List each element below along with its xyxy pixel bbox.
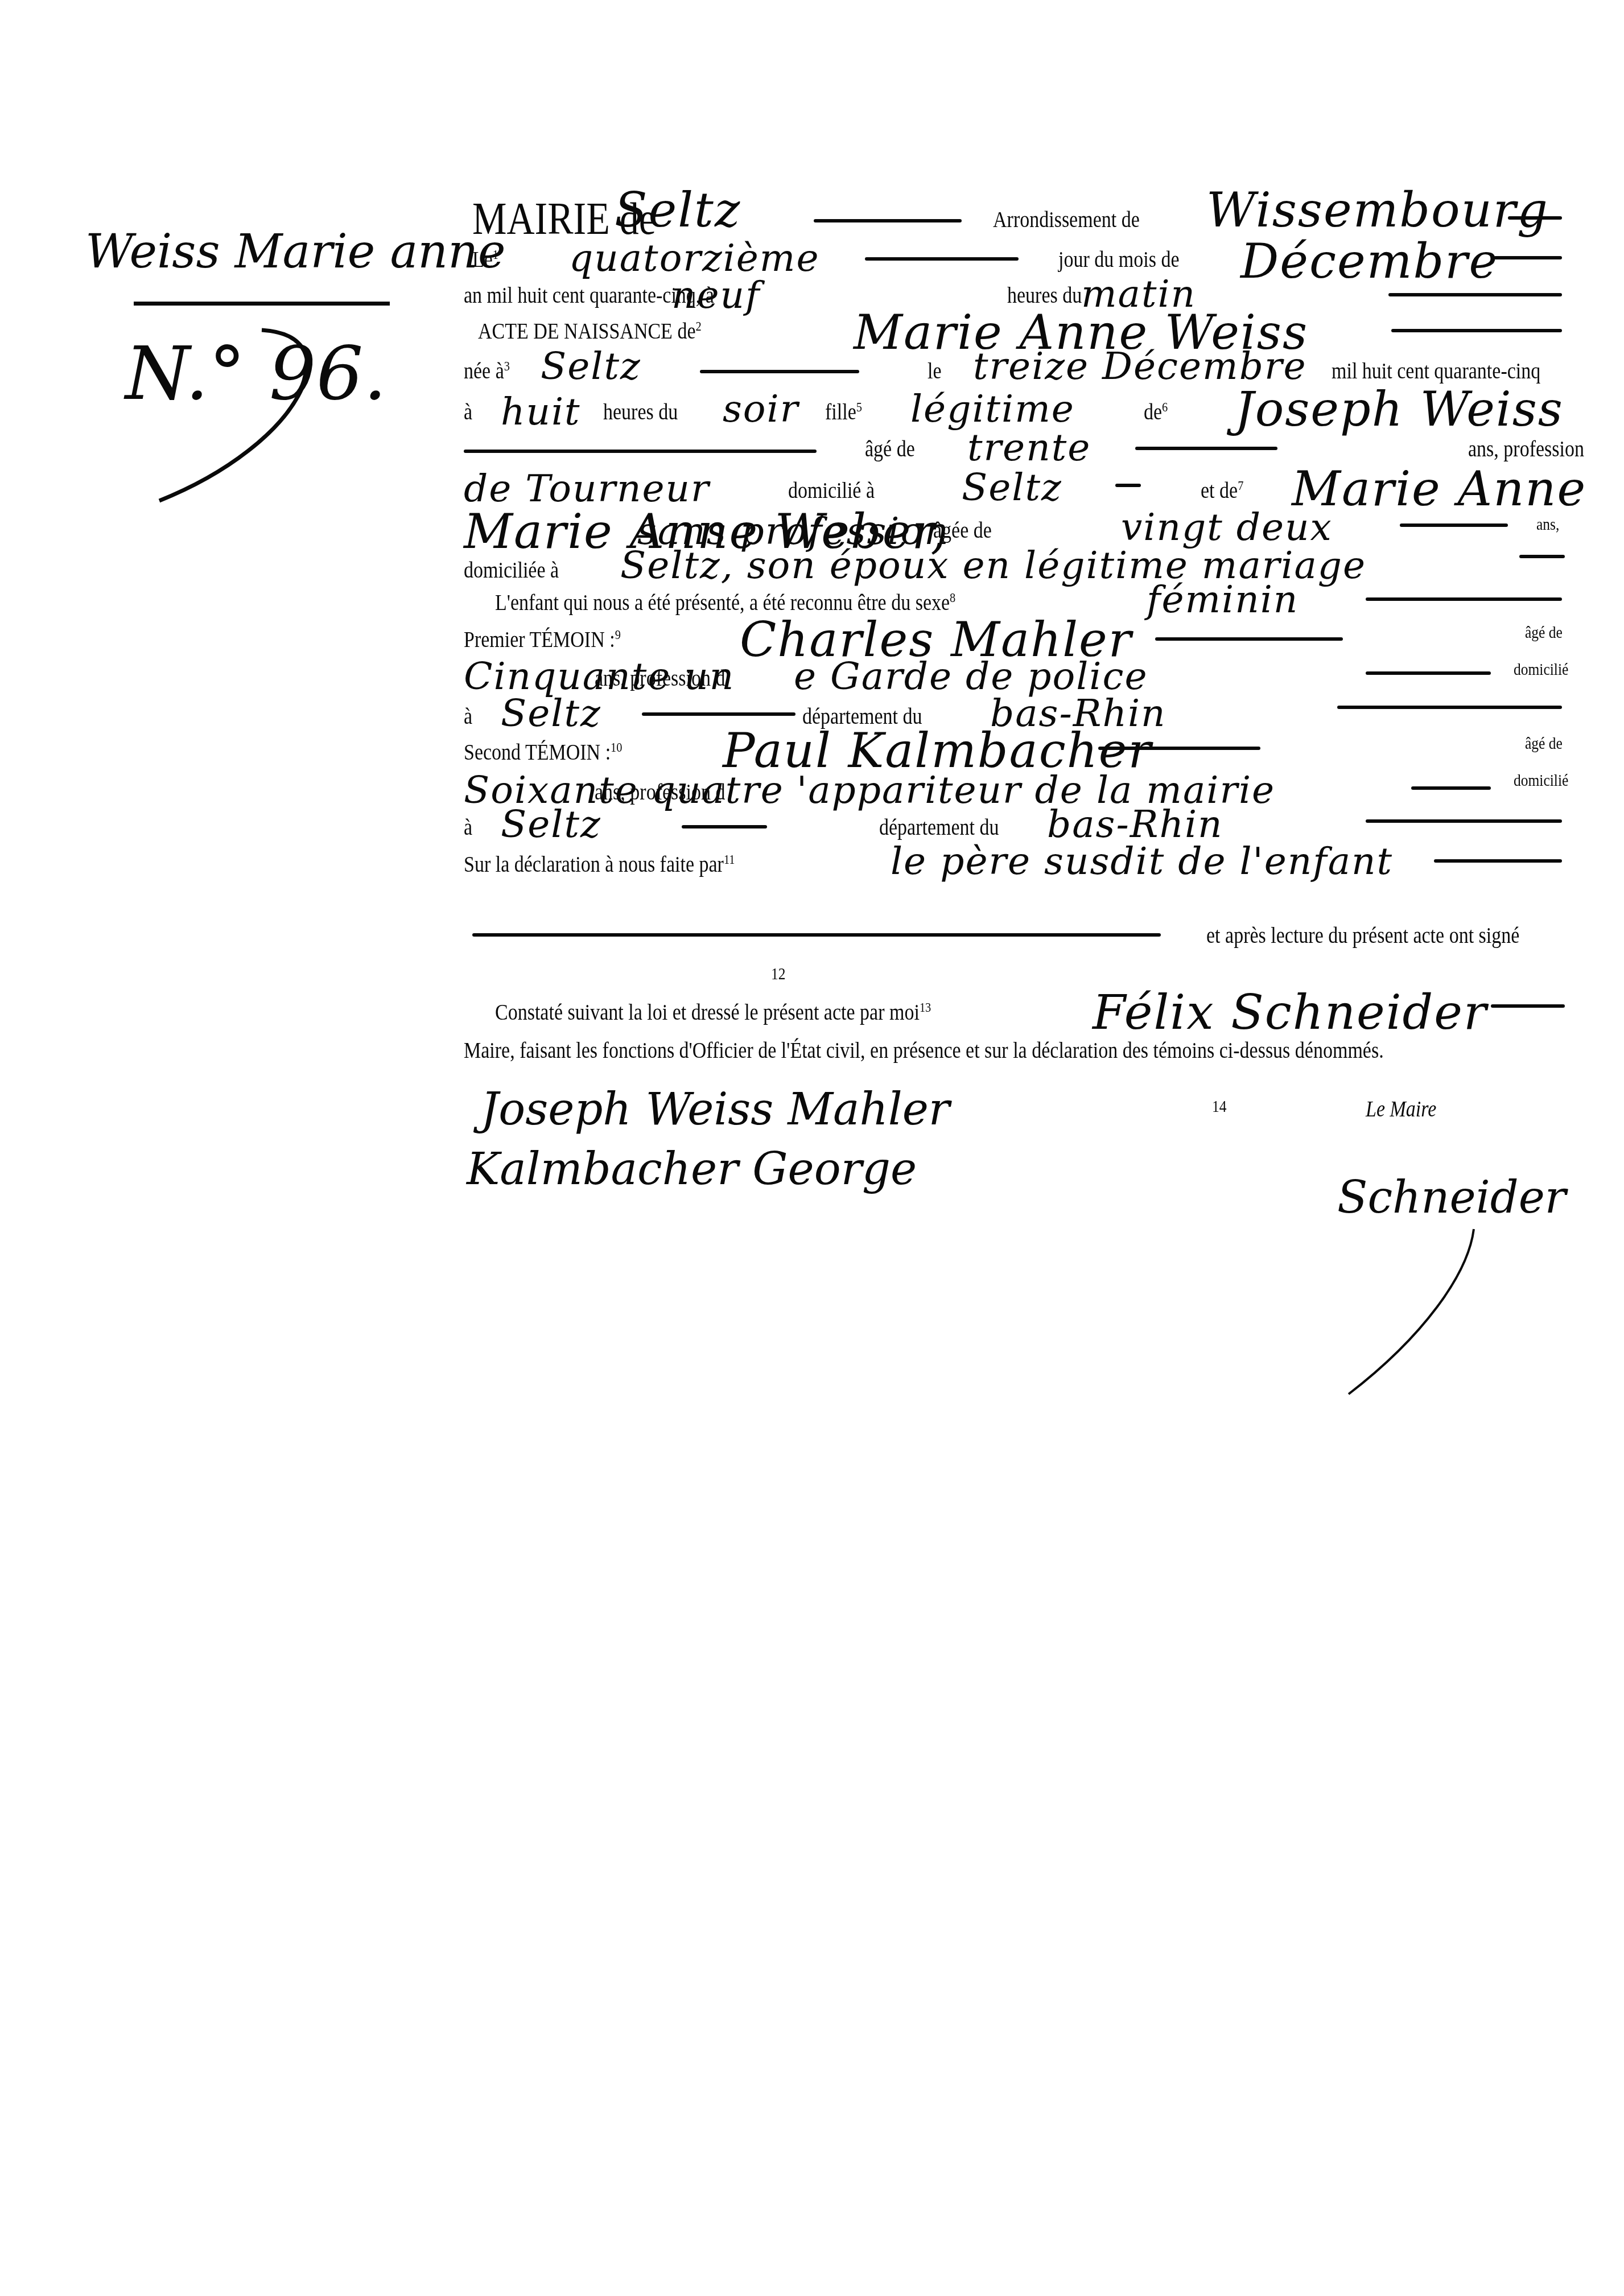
- month-label: jour du mois de: [1058, 246, 1179, 273]
- footnote-14: 14: [1212, 1097, 1227, 1116]
- a-label: à: [464, 398, 472, 425]
- born-hour: huit: [501, 390, 581, 434]
- act-title-label: ACTE DE NAISSANCE de2: [478, 318, 702, 344]
- fill-line: [1366, 671, 1491, 675]
- fill-line: [1391, 329, 1562, 332]
- father-label: de6: [1144, 398, 1168, 425]
- born-place: Seltz: [541, 344, 641, 388]
- fill-line: [1155, 637, 1343, 641]
- footnote-12: 12: [771, 964, 786, 984]
- month-value: Décembre: [1240, 233, 1498, 289]
- act-title-text: ACTE DE NAISSANCE de: [478, 318, 695, 344]
- footnote-ref: 3: [504, 359, 510, 374]
- fill-line: [1400, 523, 1508, 527]
- margin-divider: [134, 302, 390, 306]
- witness1-profession-label: ans, profession d: [595, 665, 725, 691]
- signature-maire: Schneider: [1337, 1172, 1566, 1223]
- fill-line: [814, 219, 962, 222]
- mother-text: et de: [1201, 477, 1238, 503]
- le-maire-label: Le Maire: [1366, 1095, 1436, 1122]
- fill-line: [1388, 293, 1562, 296]
- footnote-ref: 1: [493, 248, 498, 262]
- mother-age-label: âgée de: [933, 517, 992, 543]
- footnote-ref: 7: [1238, 479, 1243, 493]
- le-date-label: le: [928, 357, 942, 384]
- le-text: Le: [472, 246, 493, 272]
- arrondissement-label: Arrondissement de: [993, 206, 1140, 233]
- footnote-ref: 11: [724, 852, 735, 867]
- mother-age-suffix: ans,: [1536, 515, 1559, 534]
- mairie-value: Seltz: [615, 182, 741, 238]
- after-reading-label: et après lecture du présent acte ont sig…: [1206, 922, 1519, 949]
- witness1-age-label: âgé de: [1525, 623, 1563, 642]
- declarant: le père susdit de l'enfant: [891, 839, 1393, 883]
- fill-line: [642, 712, 795, 716]
- mother-label: et de7: [1201, 477, 1243, 504]
- margin-name: Weiss Marie anne: [85, 225, 505, 279]
- footnote-ref: 13: [920, 1000, 931, 1015]
- witness1-domicile-label: domicilié: [1514, 660, 1568, 679]
- witness2-profession-label: ans, profession d: [595, 778, 725, 805]
- footnote-ref: 8: [950, 591, 955, 605]
- fill-line: [1098, 747, 1260, 750]
- officer-name: Félix Schneider: [1093, 984, 1487, 1040]
- legitimacy-value: légitime: [910, 387, 1075, 431]
- father-domicile-label: domicilié à: [788, 477, 875, 504]
- arrondissement-value: Wissembourg: [1206, 182, 1549, 238]
- fille-label: fille5: [825, 398, 862, 425]
- hour-value: neuf: [671, 273, 761, 317]
- constat-label: Constaté suivant la loi et dressé le pré…: [495, 999, 931, 1025]
- born-label: née à3: [464, 357, 510, 384]
- born-period: soir: [723, 387, 799, 431]
- le-label: Le1: [472, 246, 498, 273]
- fill-line: [1366, 819, 1562, 823]
- fill-line: [1135, 447, 1277, 450]
- fill-line: [464, 450, 817, 453]
- born-text: née à: [464, 358, 504, 384]
- fille-text: fille: [825, 399, 856, 424]
- footnote-ref: 10: [611, 740, 622, 755]
- mother-name-part1: Marie Anne: [1292, 461, 1586, 517]
- act-number-swash: [114, 319, 353, 512]
- maire-statement: Maire, faisant les fonctions d'Officier …: [464, 1037, 1384, 1064]
- witness2-text: Second TÉMOIN :: [464, 739, 611, 765]
- fill-line: [1337, 706, 1562, 709]
- born-hour-label: heures du: [603, 398, 678, 425]
- father-profession-label: ans, profession: [1468, 435, 1584, 462]
- fill-line: [1519, 555, 1565, 558]
- fill-line: [1508, 216, 1562, 220]
- mother-domicile-label: domiciliée à: [464, 557, 559, 583]
- witness1-a-label: à: [464, 703, 472, 729]
- fill-line: [1434, 859, 1562, 863]
- footnote-ref: 5: [856, 400, 862, 415]
- witness2-age-label: âgé de: [1525, 734, 1563, 753]
- signature-father-witness1: Joseph Weiss Mahler: [481, 1084, 950, 1135]
- witness2-domicile: Seltz: [501, 802, 601, 846]
- declaration-label: Sur la déclaration à nous faite par11: [464, 851, 735, 877]
- witness2-a-label: à: [464, 814, 472, 840]
- footnote-ref: 9: [615, 628, 621, 642]
- sex-value: féminin: [1147, 578, 1299, 621]
- witness1-text: Premier TÉMOIN :: [464, 626, 615, 652]
- fill-line: [1491, 1004, 1565, 1008]
- father-name: Joseph Weiss: [1235, 381, 1564, 437]
- mother-age: vingt deux: [1121, 505, 1333, 549]
- fill-line: [1366, 597, 1562, 601]
- constat-text: Constaté suivant la loi et dressé le pré…: [495, 999, 920, 1025]
- witness2-label: Second TÉMOIN :10: [464, 739, 623, 765]
- fill-line: [1411, 786, 1491, 790]
- witness1-label: Premier TÉMOIN :9: [464, 626, 621, 653]
- maire-signature-flourish: [1337, 1223, 1508, 1405]
- father-age: trente: [967, 426, 1091, 469]
- fill-line: [1494, 256, 1562, 259]
- footnote-ref: 6: [1162, 400, 1168, 415]
- fill-line: [1115, 484, 1141, 487]
- fill-line: [865, 257, 1019, 261]
- declaration-text: Sur la déclaration à nous faite par: [464, 851, 724, 877]
- fill-line: [682, 825, 767, 828]
- fill-line: [700, 370, 859, 373]
- father-domicile: Seltz: [962, 465, 1062, 509]
- witness2-dept-label: département du: [879, 814, 999, 840]
- born-year-label: mil huit cent quarante-cinq: [1332, 357, 1540, 384]
- father-text: de: [1144, 399, 1162, 424]
- footnote-ref: 2: [695, 319, 701, 334]
- witness1-domicile: Seltz: [501, 691, 601, 735]
- signature-witness2: Kalmbacher George: [467, 1144, 917, 1195]
- fill-line: [472, 933, 1161, 937]
- witness2-domicile-label: domicilié: [1514, 771, 1568, 790]
- father-age-label: âgé de: [865, 435, 915, 462]
